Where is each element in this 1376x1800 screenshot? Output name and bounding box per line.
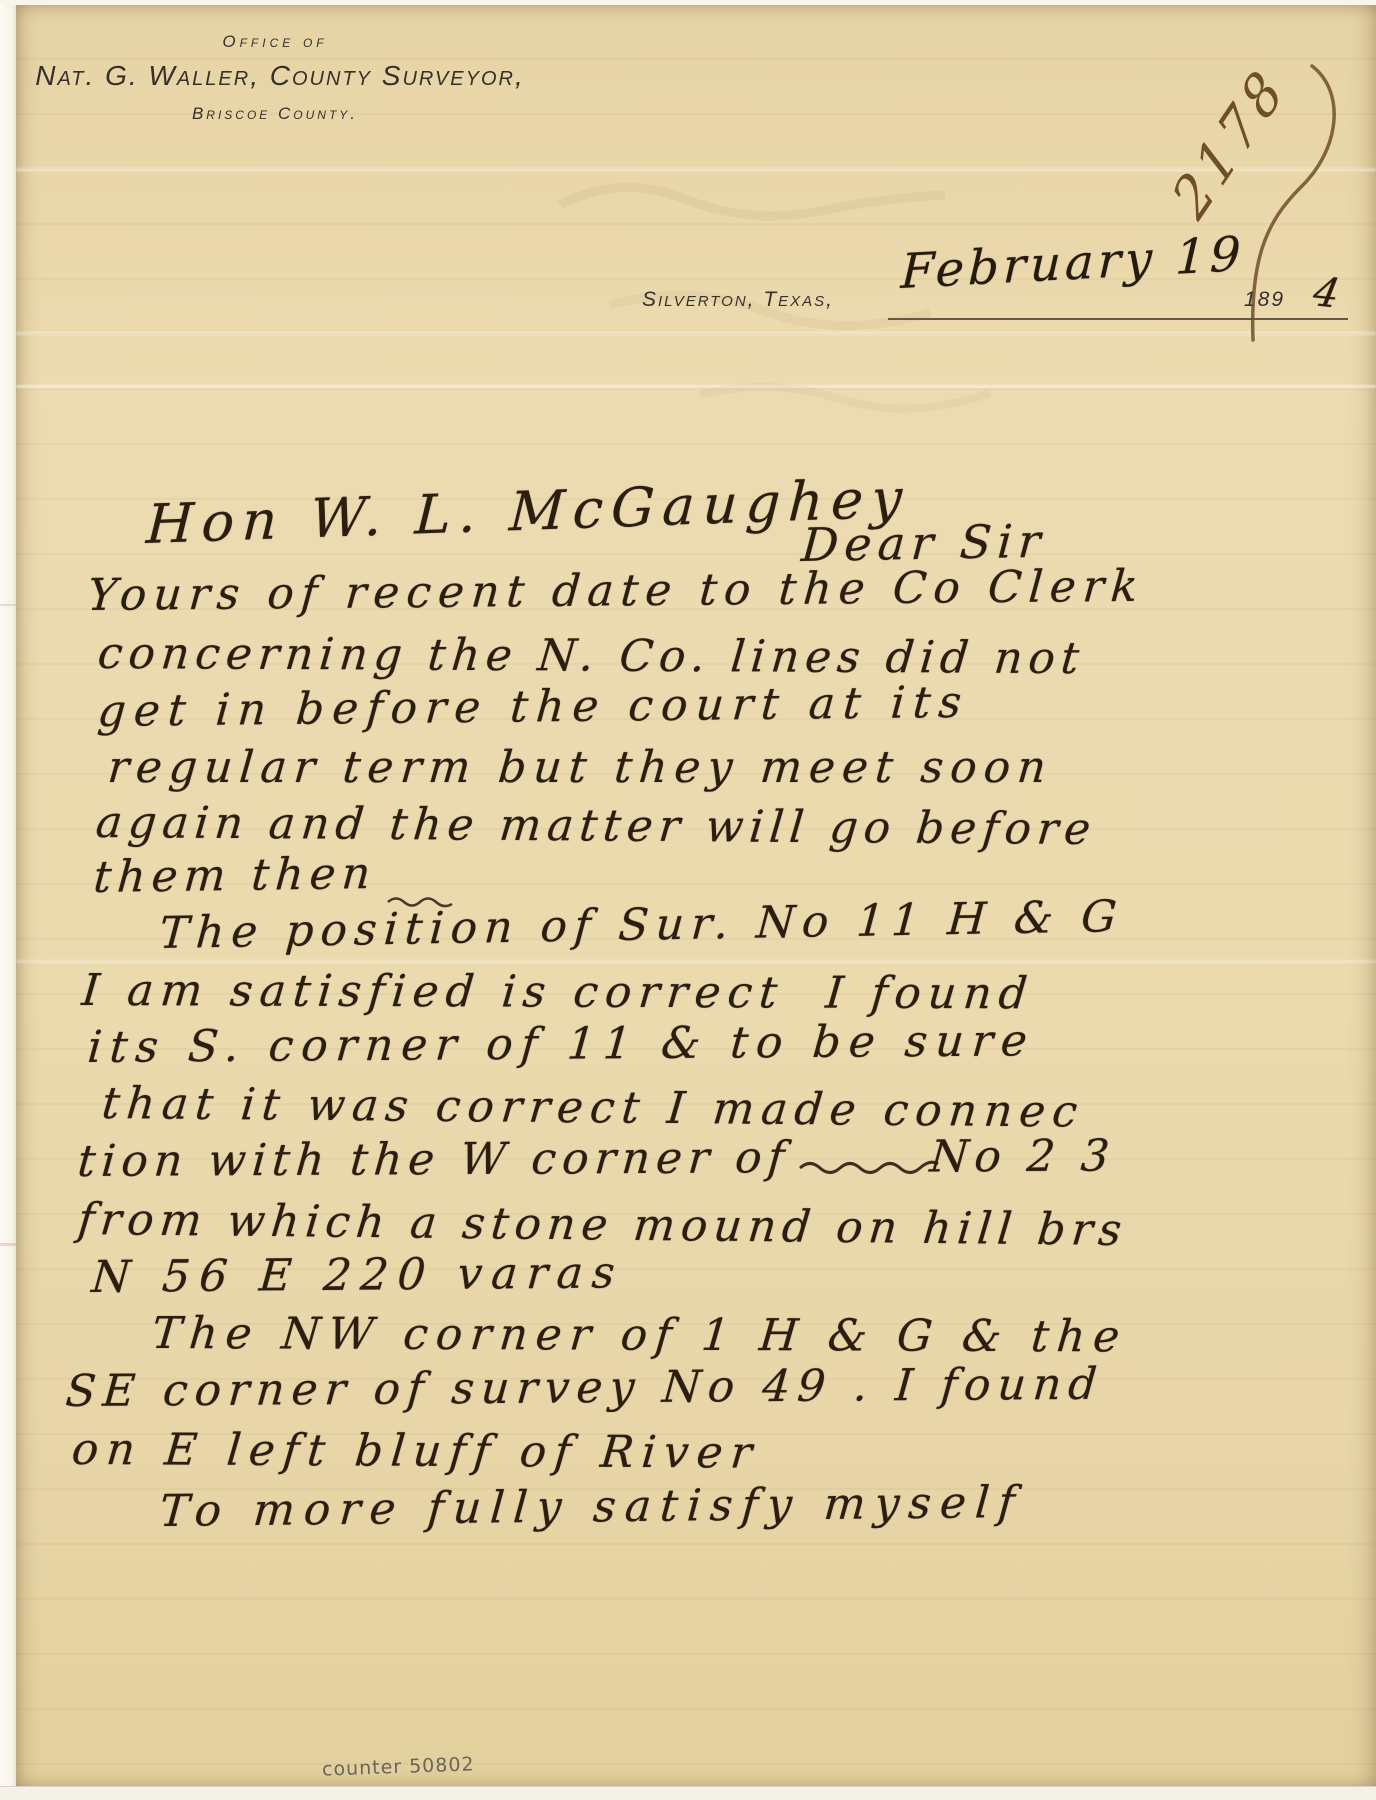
handwritten-line: regular term but they meet soon [106, 746, 1055, 790]
scan-artifact-pink-line [0, 1243, 16, 1246]
handwritten-line: its S. corner of 11 & to be sure [86, 1019, 1037, 1070]
scan-streak [16, 960, 1376, 963]
handwritten-line: Yours of recent date to the Co Clerk [86, 565, 1146, 618]
handwritten-line: SE corner of survey No 49 . I found [64, 1363, 1105, 1414]
dateline-place: Silverton, Texas, [642, 288, 834, 312]
handwritten-line: I am satisfied is correct I found [80, 969, 1036, 1016]
dateline-rule [888, 318, 1348, 320]
scanned-letter-page: { "letterhead": { "office_of": "Office o… [0, 0, 1376, 1800]
letterhead-name-line: Nat. G. Waller, County Surveyor, [30, 60, 530, 92]
handwritten-line: concerning the N. Co. lines did not [96, 632, 1087, 681]
greeting: Dear Sir [800, 518, 1048, 568]
handwritten-line: tion with the W corner of No 2 3 [76, 1135, 1117, 1184]
handwritten-line: N 56 E 220 varas [90, 1251, 625, 1300]
scan-edge-left [0, 0, 16, 1800]
scan-edge-bottom [0, 1786, 1376, 1800]
handwritten-line: The NW corner of 1 H & G & the [150, 1312, 1129, 1359]
scan-streak [16, 332, 1376, 335]
handwritten-line: again and the matter will go before [94, 801, 1098, 852]
handwritten-line: To more fully satisfy myself [158, 1481, 1025, 1534]
scan-streak [16, 385, 1376, 388]
handwritten-line: that it was correct I made connec [100, 1082, 1086, 1135]
dateline-printed-year: 189 [1244, 288, 1285, 312]
letterhead-office-of: Office of [40, 32, 510, 52]
letterhead-county-line: Briscoe County. [40, 104, 510, 124]
handwritten-line: them then [92, 852, 378, 900]
scan-artifact-green-line [0, 604, 16, 606]
handwritten-line: on E left bluff of River [70, 1428, 762, 1476]
handwritten-line: from which a stone mound on hill brs [76, 1198, 1129, 1253]
handwritten-line: get in before the court at its [96, 681, 971, 734]
